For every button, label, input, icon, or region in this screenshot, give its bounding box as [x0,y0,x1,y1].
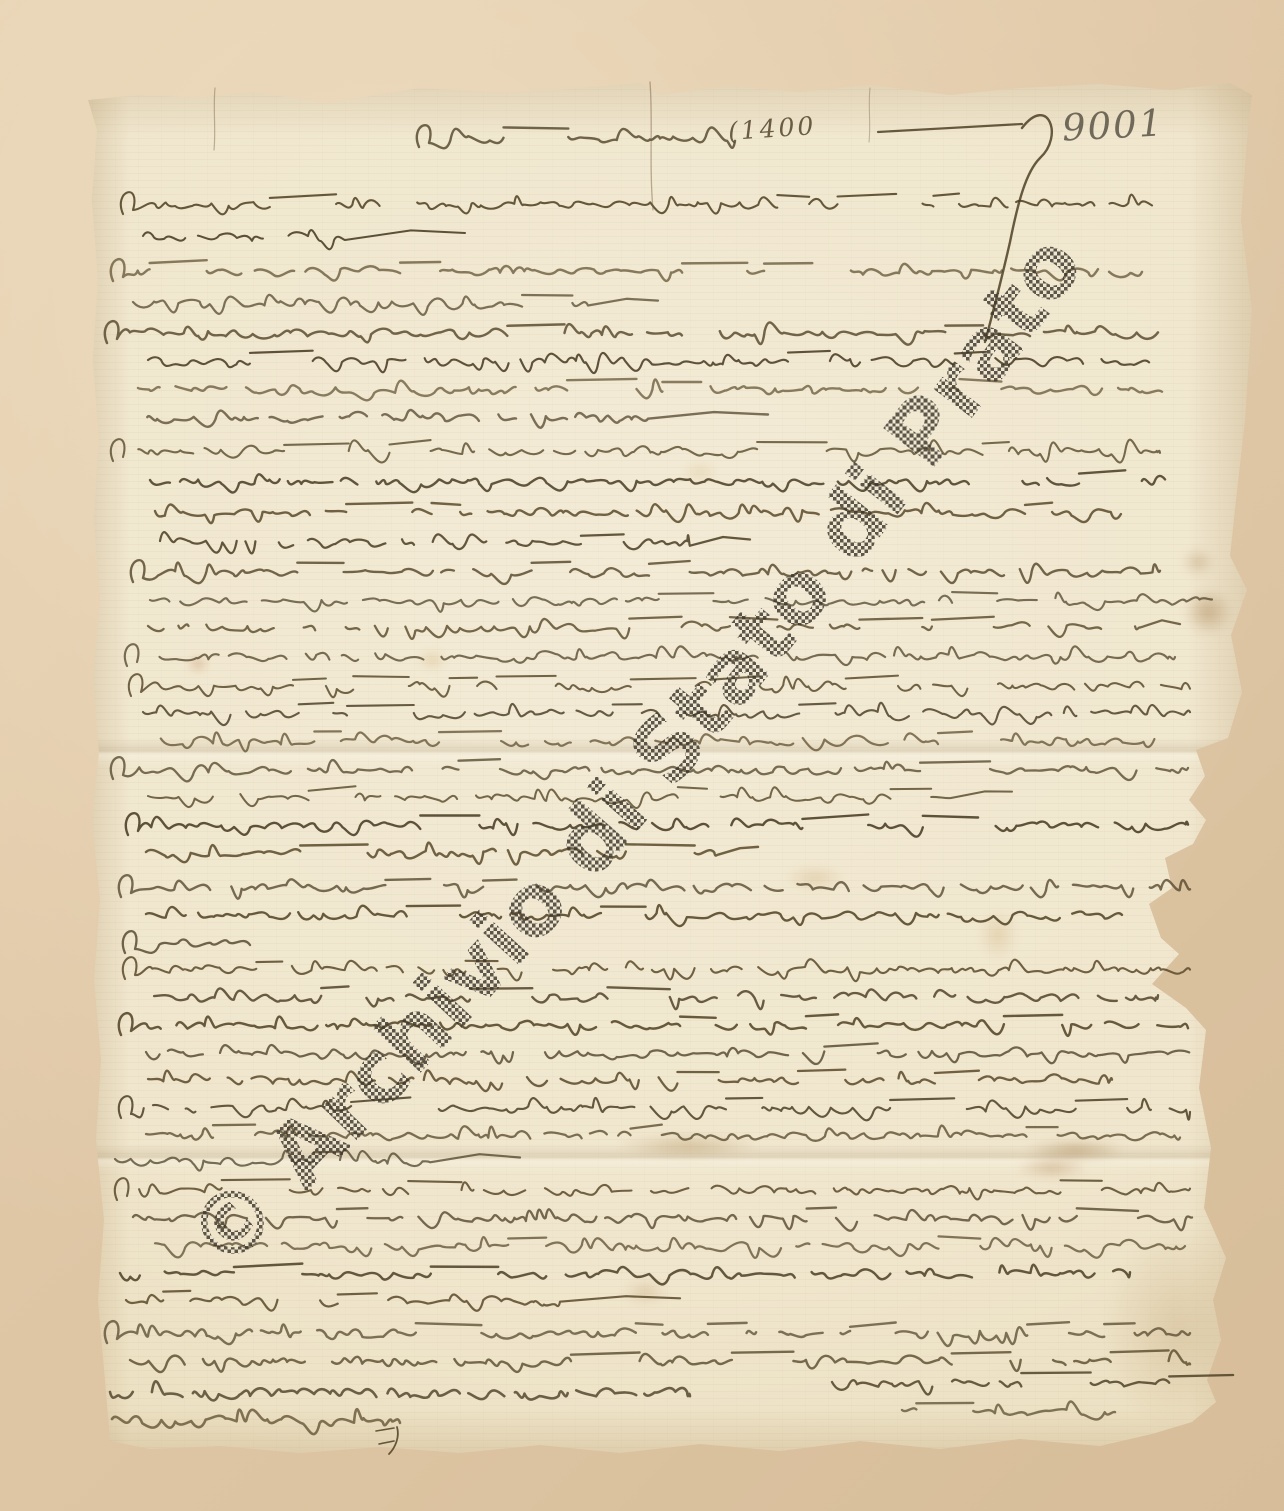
paper-stain [979,911,1017,959]
paper-stain [419,650,445,670]
fold-crease [88,738,1252,766]
header-date-fragment: (1400 [727,111,817,146]
paper-stain [618,1134,758,1158]
paper-stain [1017,1157,1087,1179]
paper-sheet [0,0,1284,1511]
paper-stain [785,865,845,891]
paper-stain [623,1279,667,1305]
photo-stage: (1400 9001 © Archivio di Stato di Prato [0,0,1284,1511]
paper-stain [1105,1230,1255,1430]
paper-stain [1182,548,1214,576]
paper-edge-shading [88,83,1252,1454]
archival-number: 9001 [1061,101,1165,149]
paper-stain [1184,589,1232,635]
paper-stain [187,655,209,673]
paper-stain [683,461,717,483]
